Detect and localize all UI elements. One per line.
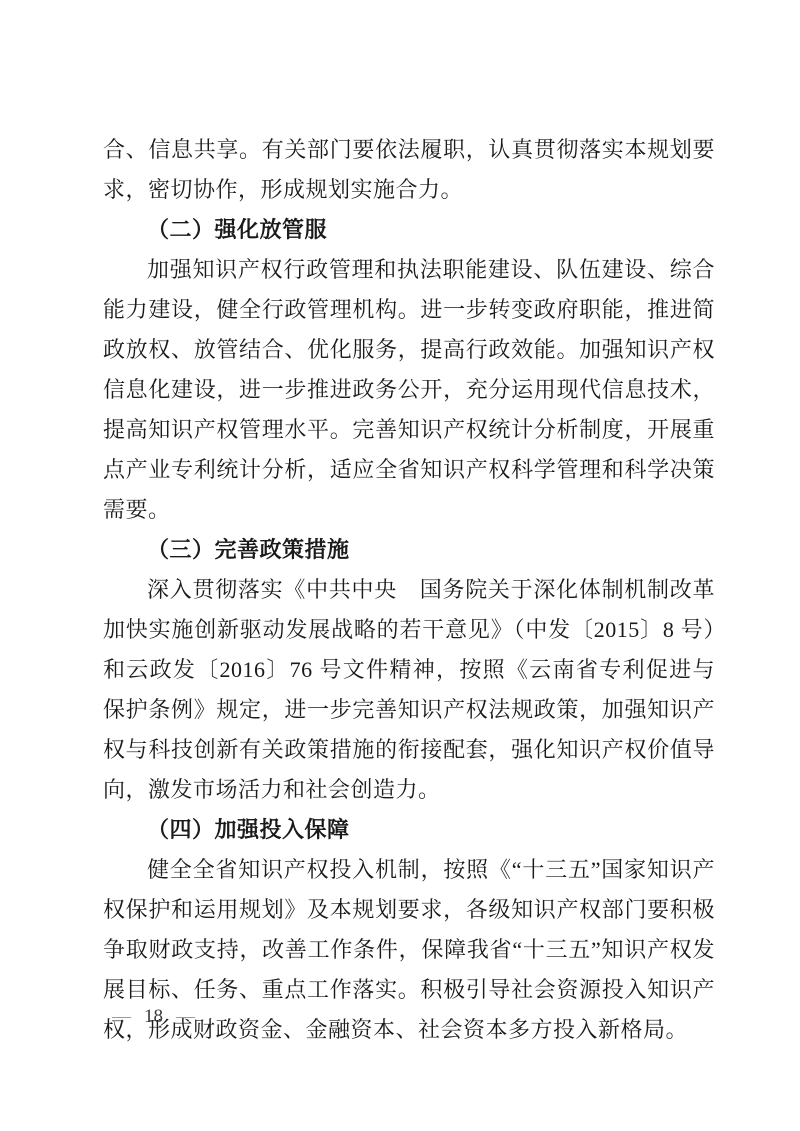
footer-dash-right: — — [176, 1001, 195, 1033]
page-body: 合、信息共享。有关部门要依法履职，认真贯彻落实本规划要求，密切协作，形成规划实施… — [103, 130, 715, 1050]
paragraph-section-3: 深入贯彻落实《中共中央 国务院关于深化体制机制改革加快实施创新驱动发展战略的若干… — [103, 570, 715, 810]
section-heading-4: （四）加强投入保障 — [103, 810, 715, 850]
paragraph-section-2: 加强知识产权行政管理和执法职能建设、队伍建设、综合能力建设，健全行政管理机构。进… — [103, 250, 715, 530]
paragraph-continuation: 合、信息共享。有关部门要依法履职，认真贯彻落实本规划要求，密切协作，形成规划实施… — [103, 130, 715, 210]
document-page: 合、信息共享。有关部门要依法履职，认真贯彻落实本规划要求，密切协作，形成规划实施… — [0, 0, 800, 1131]
section-heading-2: （二）强化放管服 — [103, 210, 715, 250]
footer-dash-left: — — [112, 1001, 131, 1033]
page-number: 18 — [144, 1001, 163, 1033]
page-footer: — 18 — — [112, 1001, 195, 1033]
section-heading-3: （三）完善政策措施 — [103, 530, 715, 570]
